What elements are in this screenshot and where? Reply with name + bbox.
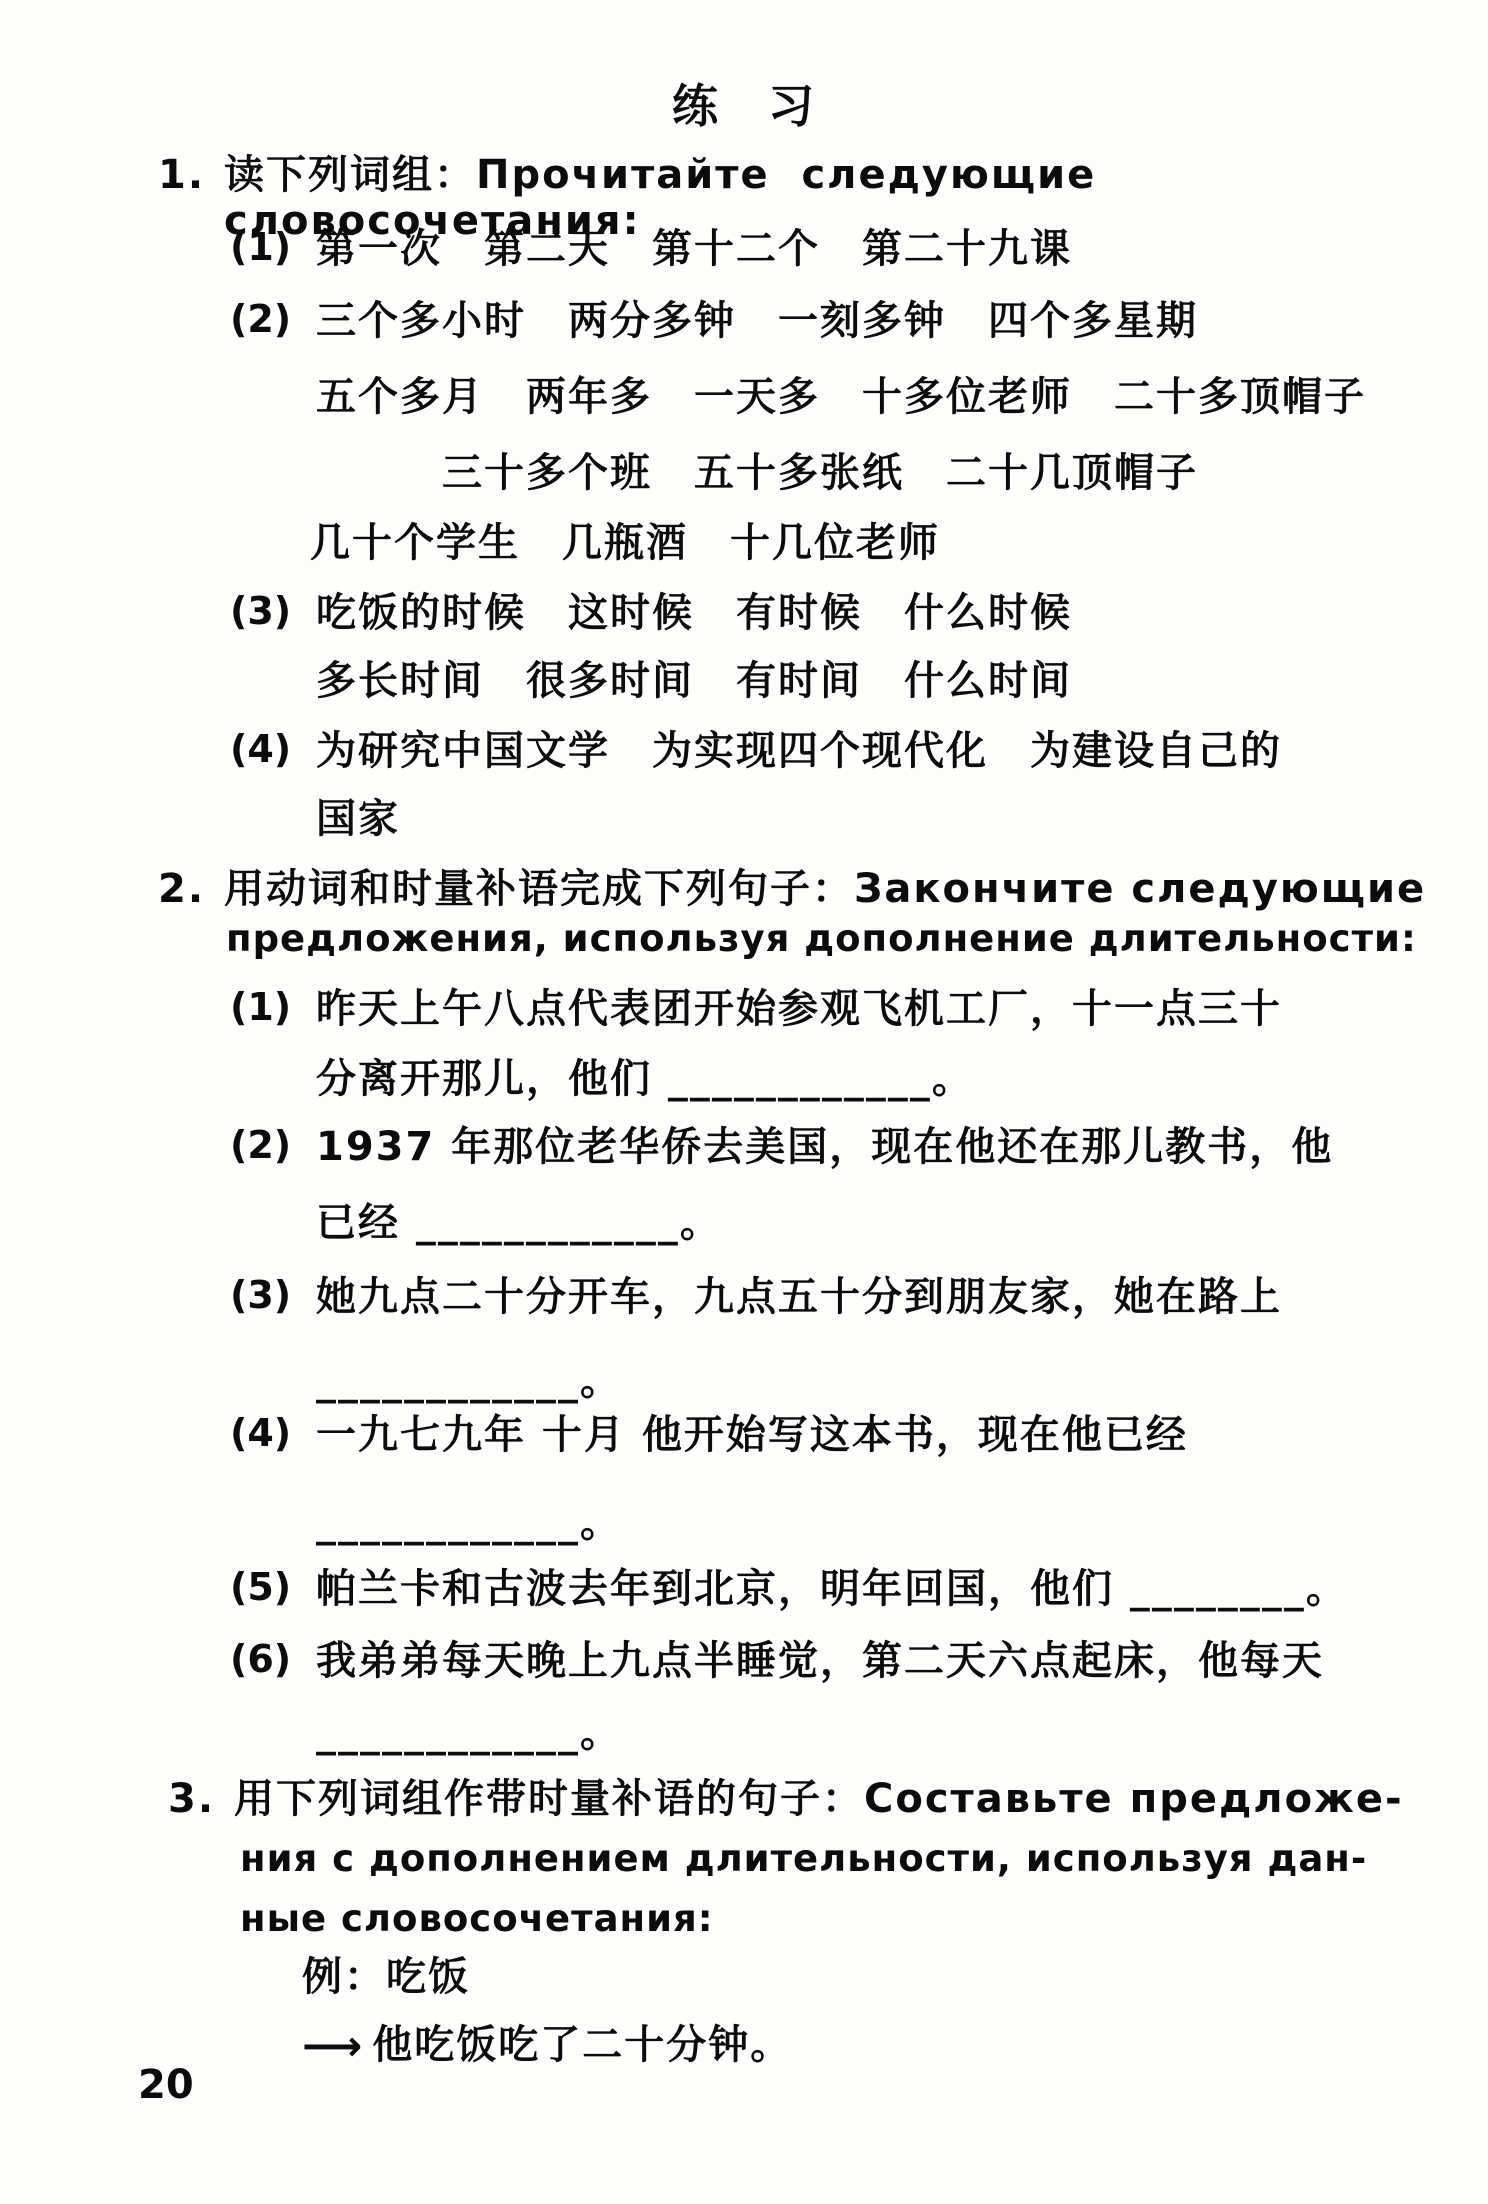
item-3-blank-line: ____________。 — [316, 1358, 1446, 1404]
item-3-line-1: 她九点二十分开车，九点五十分到朋友家，她在路上 — [316, 1274, 1282, 1320]
page-title: 练 习 — [0, 80, 1488, 133]
group-2-line-2: 五个多月 两年多 一天多 十多位老师 二十多顶帽子 — [316, 374, 1446, 420]
group-4-line-2: 国家 — [316, 796, 1446, 842]
exercise-1-group-3: (3) 吃饭的时候 这时候 有时候 什么时候 — [230, 590, 1440, 636]
group-4-label: (4) — [230, 728, 316, 772]
exercise-2-item-4: (4) 一九七九年 十月 他开始写这本书，现在他已经 — [230, 1412, 1450, 1458]
item-4-line-1: 一九七九年 十月 他开始写这本书，现在他已经 — [316, 1412, 1188, 1458]
item-6-blank-line: ____________。 — [316, 1710, 1446, 1756]
item-5-line-1: 帕兰卡和古波去年到北京，明年回国，他们 ________。 — [316, 1566, 1348, 1612]
exercise-1-number: 1. — [158, 152, 224, 198]
item-5-label: (5) — [230, 1566, 316, 1610]
exercise-1-group-4: (4) 为研究中国文学 为实现四个现代化 为建设自己的 — [230, 728, 1440, 774]
exercise-2-item-3: (3) 她九点二十分开车，九点五十分到朋友家，她在路上 — [230, 1274, 1450, 1320]
group-2-line-1: 三个多小时 两分多钟 一刻多钟 四个多星期 — [316, 298, 1198, 344]
item-2-line-2: 已经 ____________。 — [316, 1200, 1446, 1246]
item-4-blank-line: ____________。 — [316, 1500, 1446, 1546]
exercise-2-item-6: (6) 我弟弟每天晚上九点半睡觉，第二天六点起床，他每天 — [230, 1638, 1460, 1684]
item-2-line-1: 1937 年那位老华侨去美国，现在他还在那儿教书，他 — [316, 1124, 1333, 1170]
item-1-label: (1) — [230, 986, 316, 1030]
exercise-3-example-answer-row: ⟶ 他吃饭吃了二十分钟。 — [302, 2022, 1402, 2070]
exercise-3-heading-row: 3. 用下列词组作带时量补语的句子：Составьте предложе- — [168, 1776, 1448, 1822]
exercise-3-example-row: 例： 吃饭 — [302, 1954, 1402, 2000]
exercise-2-heading-line-1: 用动词和时量补语完成下列句子：Закончите следующие — [224, 866, 1426, 912]
exercise-2-heading-row: 2. 用动词和时量补语完成下列句子：Закончите следующие — [158, 866, 1438, 912]
group-3-line-1: 吃饭的时候 这时候 有时候 什么时候 — [316, 590, 1072, 636]
group-4-line-1: 为研究中国文学 为实现四个现代化 为建设自己的 — [316, 728, 1282, 774]
item-6-label: (6) — [230, 1638, 316, 1682]
example-label: 例： — [302, 1954, 386, 2000]
item-3-label: (3) — [230, 1274, 316, 1318]
exercise-2-item-5: (5) 帕兰卡和古波去年到北京，明年回国，他们 ________。 — [230, 1566, 1460, 1612]
group-2-label: (2) — [230, 298, 316, 342]
page-number: 20 — [138, 2062, 194, 2108]
exercise-1-group-1: (1) 第一次 第二天 第十二个 第二十九课 — [230, 226, 1440, 272]
group-3-line-2: 多长时间 很多时间 有时间 什么时间 — [316, 658, 1446, 704]
exercise-3-heading-line-1: 用下列词组作带时量补语的句子：Составьте предложе- — [234, 1776, 1404, 1822]
example-sentence: 他吃饭吃了二十分钟。 — [372, 2022, 792, 2068]
item-2-label: (2) — [230, 1124, 316, 1168]
exercise-1-group-2: (2) 三个多小时 两分多钟 一刻多钟 四个多星期 — [230, 298, 1440, 344]
exercise-2-item-2: (2) 1937 年那位老华侨去美国，现在他还在那儿教书，他 — [230, 1124, 1450, 1170]
group-1-line: 第一次 第二天 第十二个 第二十九课 — [316, 226, 1072, 272]
item-4-label: (4) — [230, 1412, 316, 1456]
item-1-line-2: 分离开那儿，他们 ____________。 — [316, 1056, 1446, 1102]
scanned-textbook-page: 练 习 1. 读下列词组：Прочитайте следующие словос… — [0, 0, 1488, 2204]
group-3-label: (3) — [230, 590, 316, 634]
group-1-label: (1) — [230, 226, 316, 270]
group-2-line-3: 三十多个班 五十多张纸 二十几顶帽子 — [442, 450, 1442, 496]
exercise-3-number: 3. — [168, 1776, 234, 1822]
exercise-3-heading-line-2: ния с дополнением длительности, использу… — [240, 1838, 1440, 1881]
exercise-2-heading-line-2: предложения, используя дополнение длител… — [226, 918, 1446, 961]
exercise-3-heading-line-3: ные словосочетания: — [240, 1898, 1440, 1941]
example-word: 吃饭 — [386, 1954, 470, 2000]
item-6-line-1: 我弟弟每天晚上九点半睡觉，第二天六点起床，他每天 — [316, 1638, 1324, 1684]
item-1-line-1: 昨天上午八点代表团开始参观飞机工厂，十一点三十 — [316, 986, 1282, 1032]
exercise-2-item-1: (1) 昨天上午八点代表团开始参观飞机工厂，十一点三十 — [230, 986, 1450, 1032]
group-2-line-4: 几十个学生 几瓶酒 十几位老师 — [310, 520, 1440, 566]
long-arrow-icon: ⟶ — [302, 2022, 362, 2070]
exercise-2-number: 2. — [158, 866, 224, 912]
